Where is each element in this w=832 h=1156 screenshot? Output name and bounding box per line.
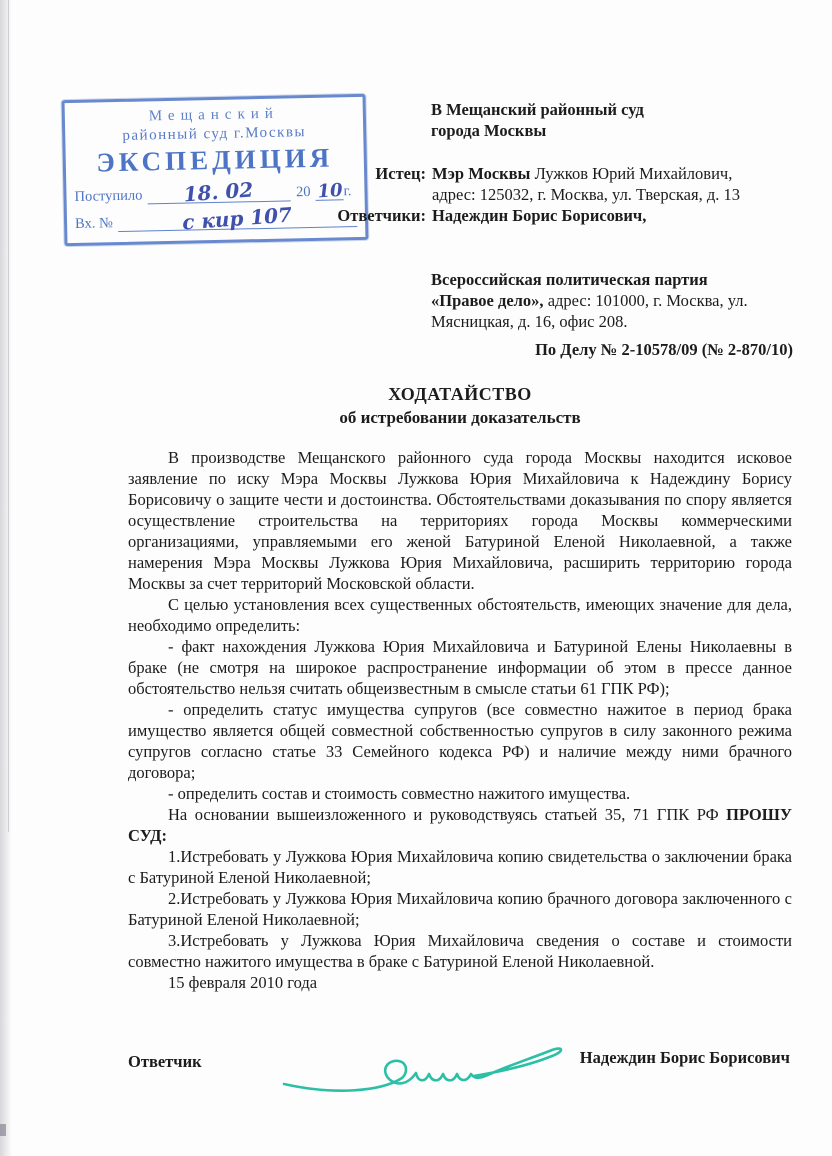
document-body: В производстве Мещанского районного суда… xyxy=(128,447,792,993)
plaintiff-row: Истец: Мэр Москвы Лужков Юрий Михайлович… xyxy=(337,163,793,205)
party-address-part2: Мясницкая, д. 16, офис 208. xyxy=(431,311,793,332)
request-item-1: 1.Истребовать у Лужкова Юрия Михайловича… xyxy=(128,846,792,888)
plaintiff-value: Мэр Москвы Лужков Юрий Михайлович, адрес… xyxy=(432,163,793,205)
bullet-marriage-fact: - факт нахождения Лужкова Юрия Михайлови… xyxy=(128,636,792,699)
stamp-received-label: Поступило xyxy=(74,187,147,206)
request-item-3: 3.Истребовать у Лужкова Юрия Михайловича… xyxy=(128,930,792,972)
scan-edge-mark xyxy=(0,1124,6,1136)
court-registry-stamp: Мещанский районный суд г.Москвы ЭКСПЕДИЦ… xyxy=(62,94,369,246)
paragraph-request: На основании вышеизложенного и руководст… xyxy=(128,804,792,846)
stamp-year-prefix: 20 xyxy=(290,184,316,202)
defendant-party-block: Всероссийская политическая партия «Право… xyxy=(431,269,793,332)
defendants-label: Ответчики: xyxy=(337,205,432,226)
title-line2: об истребовании доказательств xyxy=(128,408,792,428)
scan-edge-line xyxy=(8,0,9,832)
signer-name: Надеждин Борис Борисович xyxy=(580,1048,790,1068)
party-address-part1: адрес: 101000, г. Москва, ул. xyxy=(544,291,748,310)
party-name-quoted: «Правое дело», xyxy=(431,291,544,310)
document-date: 15 февраля 2010 года xyxy=(128,972,792,993)
scan-edge-shadow xyxy=(0,0,12,1156)
party-name-line1: Всероссийская политическая партия xyxy=(431,269,793,290)
paragraph-purpose: С целью установления всех существенных о… xyxy=(128,594,792,636)
stamp-received-date-handwritten: 18. 02 xyxy=(147,181,290,204)
plaintiff-name: Лужков Юрий Михайлович, xyxy=(535,164,733,183)
case-number: По Делу № 2-10578/09 (№ 2-870/10) xyxy=(337,339,793,360)
document-title: ХОДАТАЙСТВО об истребовании доказательст… xyxy=(128,384,792,428)
court-name-line2: города Москвы xyxy=(431,120,793,141)
party-name-line2: «Правое дело», адрес: 101000, г. Москва,… xyxy=(431,290,793,311)
bullet-property-value: - определить состав и стоимость совместн… xyxy=(128,783,792,804)
scanned-court-document: Мещанский районный суд г.Москвы ЭКСПЕДИЦ… xyxy=(0,0,832,1156)
stamp-expedition-title: ЭКСПЕДИЦИЯ xyxy=(74,142,357,179)
bullet-property-status: - определить статус имущества супругов (… xyxy=(128,699,792,783)
defendants-row: Ответчики: Надеждин Борис Борисович, xyxy=(337,205,793,226)
paragraph-intro: В производстве Мещанского районного суда… xyxy=(128,447,792,594)
court-name: В Мещанский районный суд города Москвы xyxy=(431,99,793,141)
plaintiff-label: Истец: xyxy=(337,163,432,205)
plaintiff-title: Мэр Москвы xyxy=(432,164,530,183)
request-item-2: 2.Истребовать у Лужкова Юрия Михайловича… xyxy=(128,888,792,930)
stamp-received-row: Поступило 18. 02 20 10 г. xyxy=(74,180,356,206)
stamp-incoming-row: Вх. № с кир 107 xyxy=(75,207,357,233)
court-name-line1: В Мещанский районный суд xyxy=(431,99,793,120)
request-basis: На основании вышеизложенного и руководст… xyxy=(168,805,726,824)
plaintiff-name-line: Мэр Москвы Лужков Юрий Михайлович, xyxy=(432,163,793,184)
signature-block: Ответчик Надеждин Борис Борисович xyxy=(128,1048,792,1118)
stamp-incoming-number-handwritten: с кир 107 xyxy=(118,207,358,232)
defendant-name: Надеждин Борис Борисович, xyxy=(432,205,793,226)
stamp-incoming-label: Вх. № xyxy=(75,215,118,233)
handwritten-signature xyxy=(278,1034,578,1106)
title-line1: ХОДАТАЙСТВО xyxy=(128,384,792,405)
signer-role: Ответчик xyxy=(128,1052,202,1072)
plaintiff-address: адрес: 125032, г. Москва, ул. Тверская, … xyxy=(432,184,793,205)
document-header: В Мещанский районный суд города Москвы И… xyxy=(337,99,793,360)
